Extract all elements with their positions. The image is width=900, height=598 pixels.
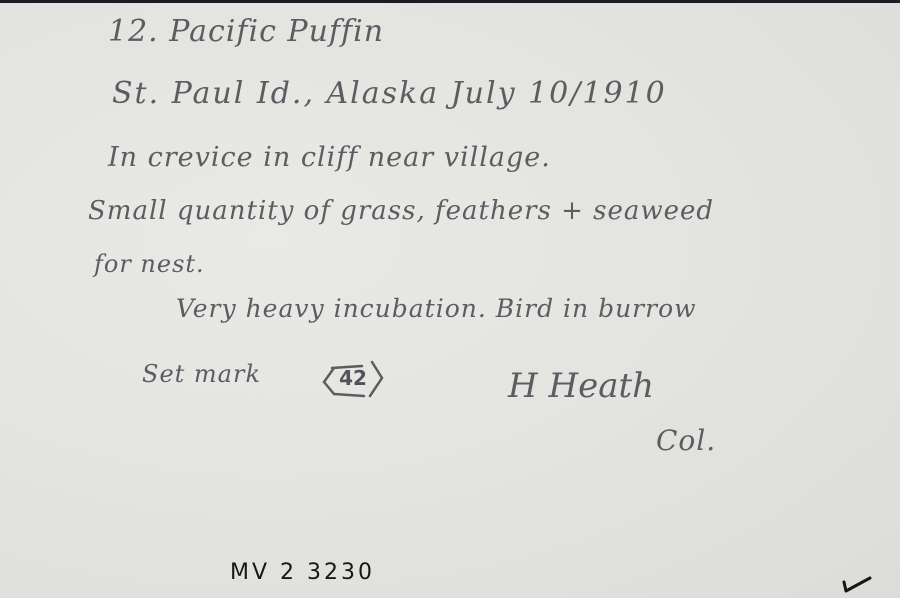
- catalog-number: MV 2 3230: [230, 560, 375, 585]
- collector-role: Col.: [656, 424, 716, 457]
- set-mark-value: 42: [339, 366, 367, 390]
- set-mark-label: Set mark: [142, 360, 261, 388]
- collector-signature: H Heath: [508, 366, 654, 406]
- check-mark-icon: [840, 574, 874, 598]
- note-line-1: In crevice in cliff near village.: [108, 142, 551, 173]
- scan-top-border: [0, 0, 900, 3]
- note-line-2: Small quantity of grass, feathers + seaw…: [88, 196, 714, 226]
- set-mark-box: 42: [322, 360, 384, 396]
- species-line: 12. Pacific Puffin: [108, 14, 384, 49]
- note-line-4: Very heavy incubation. Bird in burrow: [176, 294, 697, 323]
- specimen-card: 12. Pacific Puffin St. Paul Id., Alaska …: [0, 0, 900, 598]
- note-line-3: for nest.: [94, 250, 205, 278]
- locality-date-line: St. Paul Id., Alaska July 10/1910: [112, 76, 667, 111]
